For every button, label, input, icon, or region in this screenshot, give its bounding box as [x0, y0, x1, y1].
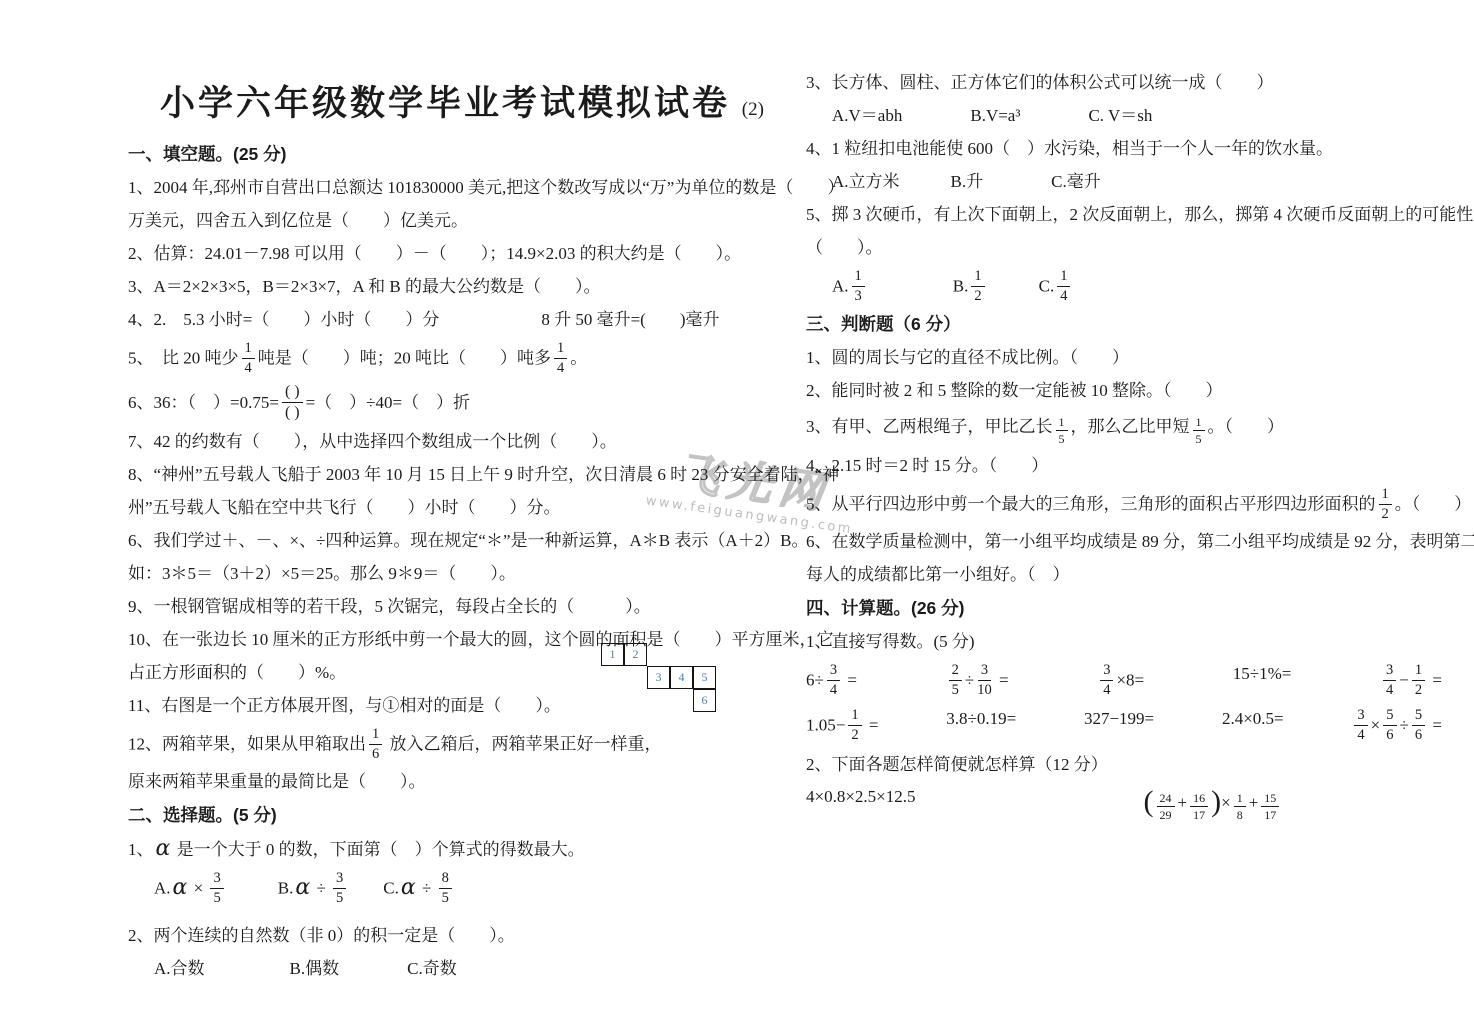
fraction: 13	[852, 268, 865, 303]
big-paren: (	[1144, 785, 1154, 818]
section-2-heading: 二、选择题。(5 分)	[128, 804, 746, 826]
s1-q3: 3、A＝2×2×3×5，B＝2×3×7，A 和 B 的最大公约数是（ ）。	[128, 276, 746, 297]
s4-q1: 1、直接写得数。(5 分)	[806, 631, 1442, 652]
calc-item: 3.8÷0.19=	[946, 709, 1016, 729]
s2-q1: 1、α 是一个大于 0 的数，下面第（ ）个算式的得数最大。	[128, 838, 746, 860]
fraction: 35	[333, 870, 346, 905]
fraction: 1517	[1261, 791, 1279, 821]
s1-q10-line1: 10、在一张边长 10 厘米的正方形纸中剪一个最大的圆，这个圆的面积是（ ）平方…	[128, 629, 746, 650]
calc-item: 6÷34 =	[806, 664, 857, 699]
alpha-symbol: α	[399, 875, 418, 900]
fraction: 25	[949, 662, 962, 697]
s3-q2: 2、能同时被 2 和 5 整除的数一定能被 10 整除。（ ）	[806, 380, 1442, 401]
s1-q6: 6、36：（ ）=0.75=( )( )=（ ）÷40=（ ）折	[128, 385, 746, 423]
s3-q6-line1: 6、在数学质量检测中，第一小组平均成绩是 89 分，第二小组平均成绩是 92 分…	[806, 531, 1442, 552]
calc-item: 34×56÷56 =	[1351, 709, 1442, 744]
s1-q6b-line2: 如：3＊5＝（3＋2）×5＝25。那么 9＊9＝（ ）。	[128, 563, 746, 584]
alpha-symbol: α	[293, 875, 312, 900]
s2-q5-line1: 5、掷 3 次硬币，有上次下面朝上，2 次反面朝上，那么，掷第 4 次硬币反面朝…	[806, 204, 1442, 225]
alpha-symbol: α	[154, 836, 173, 861]
s3-q1: 1、圆的周长与它的直径不成比例。（ ）	[806, 347, 1442, 368]
s1-q1-line1: 1、2004 年,邳州市自营出口总额达 101830000 美元,把这个数改写成…	[128, 177, 746, 198]
calc-item: 15÷1%=	[1233, 664, 1292, 684]
calc-row-2: 1.05−12 = 3.8÷0.19= 327−199= 2.4×0.5= 34…	[806, 709, 1442, 744]
simplify-expr-1: 4×0.8×2.5×12.5	[806, 787, 916, 807]
s2-q2-options: A.合数 B.偶数 C.奇数	[128, 958, 746, 979]
s1-q12-line2: 原来两箱苹果重量的最简比是（ ）。	[128, 771, 746, 792]
fraction: 15	[1056, 415, 1068, 445]
fraction: 15	[1193, 415, 1205, 445]
s2-q2: 2、两个连续的自然数（非 0）的积一定是（ ）。	[128, 925, 746, 946]
fraction: 35	[210, 870, 223, 905]
s3-q5: 5、从平行四边形中剪一个最大的三角形，三角形的面积占平形四边形面积的12。（ ）	[806, 488, 1442, 523]
s4-q2: 2、下面各题怎样简便就怎样算（12 分）	[806, 754, 1442, 775]
fraction: 34	[827, 662, 840, 697]
calc-item: 34−12 =	[1380, 664, 1442, 699]
fraction: 56	[1412, 707, 1425, 742]
fraction: 12	[848, 707, 861, 742]
fraction: 1617	[1190, 791, 1208, 821]
s1-q8-line2: 州”五号载人飞船在空中共飞行（ ）小时（ ）分。	[128, 497, 746, 518]
simplify-expr-2: (2429+1617)×18+1517	[1144, 787, 1283, 821]
s1-q11: 11、右图是一个正方体展开图，与①相对的面是（ ）。	[128, 695, 746, 716]
page-title-text: 小学六年级数学毕业考试模拟试卷	[160, 84, 730, 123]
exam-paper-page: 飞光网 www.feiguangwang.com 123456 小学六年级数学毕…	[0, 0, 1474, 1020]
fraction: 310	[977, 662, 992, 697]
fraction: 12	[1412, 662, 1425, 697]
fraction: 34	[1100, 662, 1113, 697]
fraction: 2429	[1157, 791, 1175, 821]
section-1-heading: 一、填空题。(25 分)	[128, 143, 746, 165]
calc-item: 327−199=	[1084, 709, 1154, 729]
s2-q1-options: A.α × 35 B.α ÷ 35 C.α ÷ 85	[128, 872, 746, 907]
right-column: 3、长方体、圆柱、正方体它们的体积公式可以统一成（ ） A.V＝abh B.V=…	[806, 72, 1442, 821]
s3-q6-line2: 每人的成绩都比第一小组好。（ ）	[806, 564, 1442, 585]
fraction: 16	[369, 726, 382, 761]
simplify-row: 4×0.8×2.5×12.5 (2429+1617)×18+1517	[806, 787, 1442, 821]
s2-q3: 3、长方体、圆柱、正方体它们的体积公式可以统一成（ ）	[806, 72, 1442, 93]
s1-q10-line2: 占正方形面积的（ ）%。	[128, 662, 746, 683]
calc-item: 1.05−12 =	[806, 709, 878, 744]
fraction: 12	[971, 268, 984, 303]
section-3-heading: 三、判断题（6 分）	[806, 313, 1442, 335]
s1-q4: 4、2. 5.3 小时=（ ）小时（ ）分 8 升 50 毫升=( )毫升	[128, 309, 746, 330]
s2-q3-options: A.V＝abh B.V=a³ C. V＝sh	[806, 105, 1442, 126]
s1-q12-line1: 12、两箱苹果，如果从甲箱取出16 放入乙箱后，两箱苹果正好一样重，	[128, 728, 746, 763]
calc-item: 25÷310 =	[946, 664, 1009, 699]
calc-item: 2.4×0.5=	[1222, 709, 1284, 729]
s2-q4: 4、1 粒纽扣电池能使 600（ ）水污染，相当于一个人一年的饮水量。	[806, 138, 1442, 159]
fraction: 14	[554, 340, 567, 375]
s3-q3: 3、有甲、乙两根绳子，甲比乙长15，那么乙比甲短15。（ ）	[806, 413, 1442, 443]
fraction: 14	[242, 340, 255, 375]
s1-q8-line1: 8、“神州”五号载人飞船于 2003 年 10 月 15 日上午 9 时升空，次…	[128, 464, 746, 485]
left-column: 小学六年级数学毕业考试模拟试卷 (2) 一、填空题。(25 分) 1、2004 …	[128, 80, 746, 991]
big-paren: )	[1211, 785, 1221, 818]
s1-q6b-line1: 6、我们学过＋、－、×、÷四种运算。现在规定“＊”是一种新运算，A＊B 表示（A…	[128, 530, 746, 551]
s1-q9: 9、一根钢管锯成相等的若干段，5 次锯完，每段占全长的（ ）。	[128, 596, 746, 617]
fraction: ( )( )	[282, 383, 303, 421]
s1-q5: 5、 比 20 吨少14吨是（ ）吨；20 吨比（ ）吨多14。	[128, 342, 746, 377]
s1-q2: 2、估算：24.01－7.98 可以用（ ）－（ ）；14.9×2.03 的积大…	[128, 243, 746, 264]
alpha-symbol: α	[171, 875, 190, 900]
s2-q5-line2: （ ）。	[806, 237, 1442, 258]
fraction: 56	[1383, 707, 1396, 742]
fraction: 12	[1379, 486, 1392, 521]
calc-row-1: 6÷34 = 25÷310 = 34×8= 15÷1%= 34−12 =	[806, 664, 1442, 699]
fraction: 85	[439, 870, 452, 905]
fraction: 18	[1234, 791, 1246, 821]
calc-item: 34×8=	[1097, 664, 1144, 699]
fraction: 14	[1057, 268, 1070, 303]
s1-q1-line2: 万美元，四舍五入到亿位是（ ）亿美元。	[128, 210, 746, 231]
s2-q5-options: A.13 B.12 C.14	[806, 270, 1442, 305]
fraction: 34	[1354, 707, 1367, 742]
page-title-number: (2)	[742, 99, 764, 120]
page-title: 小学六年级数学毕业考试模拟试卷 (2)	[160, 80, 746, 127]
s3-q4: 4、2.15 时＝2 时 15 分。（ ）	[806, 455, 1442, 476]
section-4-heading: 四、计算题。(26 分)	[806, 597, 1442, 619]
s1-q7: 7、42 的约数有（ ），从中选择四个数组成一个比例（ ）。	[128, 431, 746, 452]
fraction: 34	[1383, 662, 1396, 697]
s2-q4-options: A.立方米 B.升 C.毫升	[806, 171, 1442, 192]
